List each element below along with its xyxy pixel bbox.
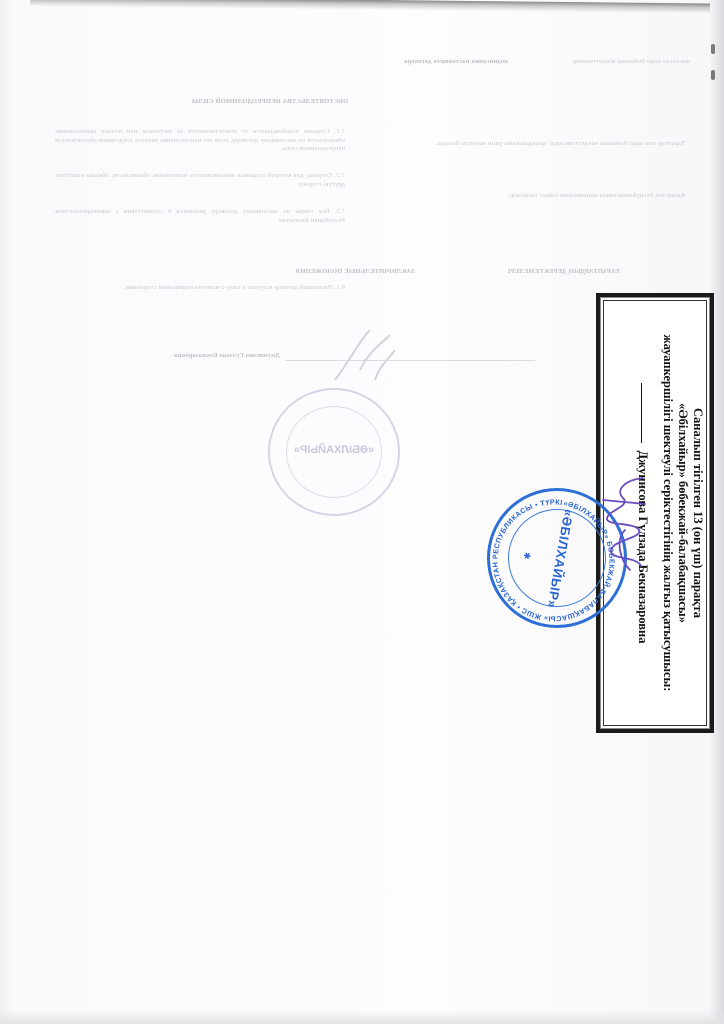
showthrough-heading-right: ТАРАПТАРДЫҢ ДЕРЕКТЕМЕЛЕРІ (440, 268, 620, 277)
signature-line (641, 383, 642, 443)
binder-hole-mark (711, 44, 715, 54)
showthrough-signature (330, 320, 400, 390)
scan-bottom-edge (0, 1010, 724, 1024)
showthrough-stamp: «ӘБІЛХАЙЫР» (268, 388, 400, 516)
showthrough-heading: ОБСТОЯТЕЛЬСТВА НЕПРЕОДОЛИМОЙ СИЛЫ (150, 98, 390, 107)
showthrough-paragraph-right: Қазақстан Республикасының заңнамасына сә… (385, 192, 685, 201)
showthrough-paragraph-right: Тараптар осы шарт бойынша міндеттемелерд… (385, 140, 685, 149)
showthrough-paragraph: 7.1. Стороны освобождаются от ответствен… (55, 128, 345, 154)
showthrough-paragraph: 7.2. Сторона, для которой создалась нево… (55, 172, 345, 189)
showthrough-heading-lower: ЗАКЛЮЧИТЕЛЬНЫЕ ПОЛОЖЕНИЯ (265, 268, 415, 277)
signature (595, 470, 655, 580)
showthrough-top-right: жасалған шарт бойынша міндеттемелер (380, 58, 690, 67)
showthrough-signature-line (285, 360, 535, 361)
scan-top-edge (30, 0, 724, 14)
cert-line-1: Саналып тігілген 13 (он үш) парақта (690, 303, 705, 723)
binder-hole-mark (711, 70, 715, 80)
showthrough-paragraph: 8.1. Настоящий договор вступает в силу с… (55, 284, 345, 293)
scanned-page: подписания настоящего договора жасалған … (0, 0, 724, 1024)
cert-line-3: жауапкершілігі шектеулі серіктестігінің … (660, 303, 675, 723)
stamp-center-text: «ӘБІЛХАЙЫР» (270, 444, 398, 456)
showthrough-paragraph: 7.3. Все споры по настоящему договору ре… (55, 208, 345, 225)
showthrough-signer: Джунисова Гулзада Бекназаровна (60, 352, 280, 361)
cert-line-2: «Әбілхайыр» бөбекжай-балабақшасы» (675, 303, 690, 723)
